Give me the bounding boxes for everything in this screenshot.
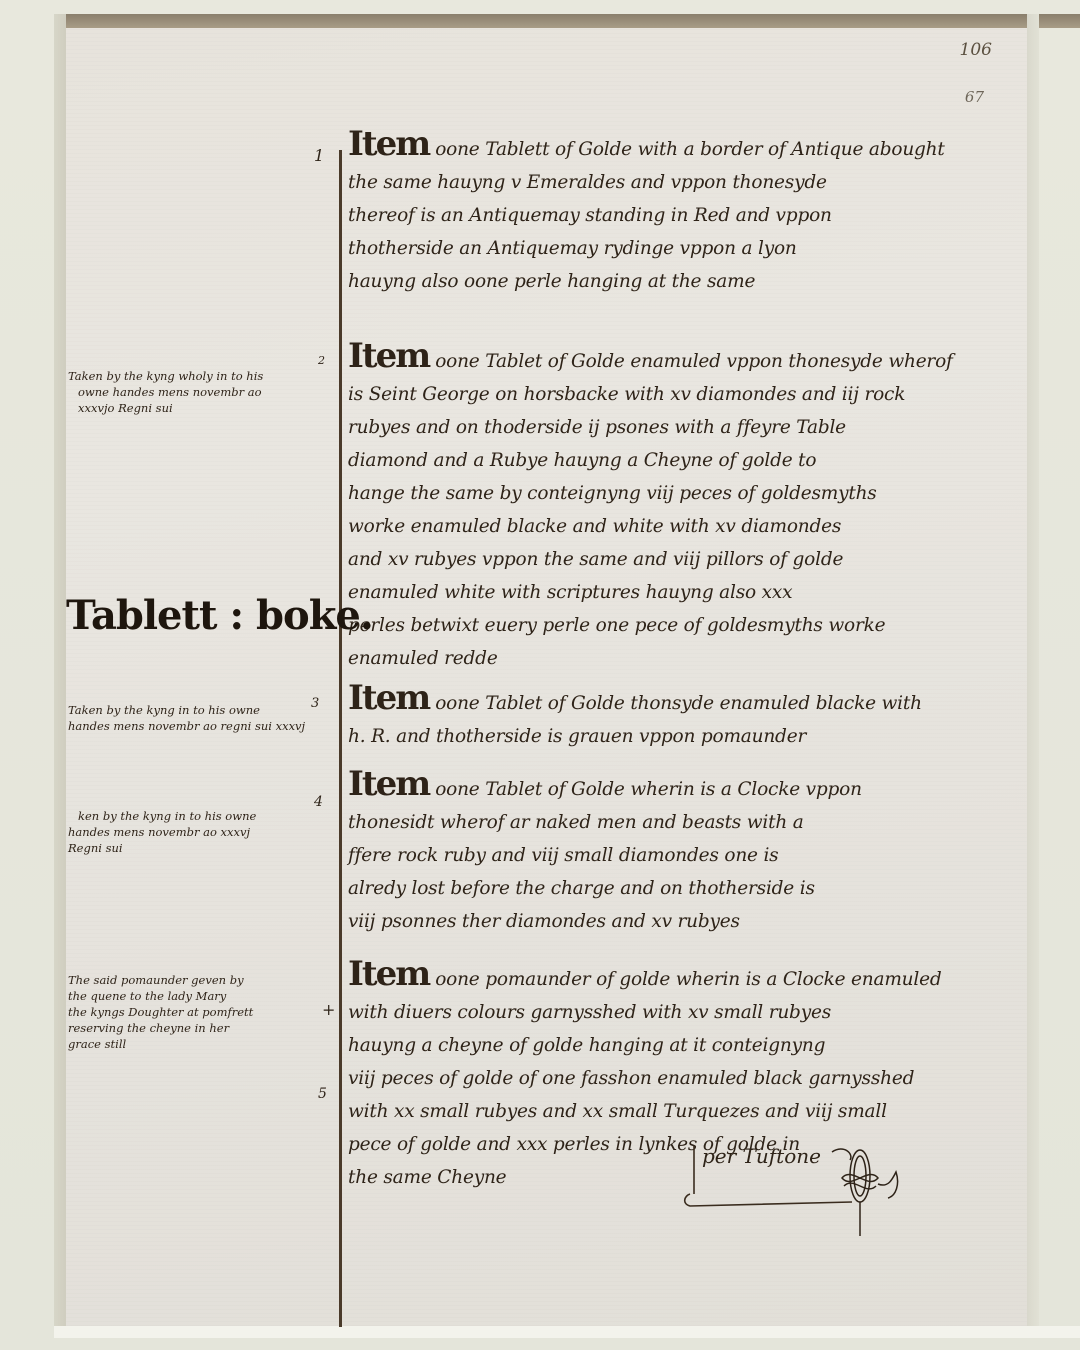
marginal-line: Regni sui (68, 840, 318, 856)
marginal-note-2: Taken by the kyng in to his owne handes … (68, 702, 318, 734)
entry-line: and xv rubyes vppon the same and viij pi… (348, 543, 938, 576)
entry-line: with xx small rubyes and xx small Turque… (348, 1095, 938, 1128)
section-heading: Tablett : boke. (66, 592, 373, 639)
entry-line: Itemoone pomaunder of golde wherin is a … (348, 958, 938, 996)
marginal-mark-4: 4 (314, 794, 323, 810)
signature-block: per Tuftone (682, 1136, 932, 1216)
line-number-mark: 1 (314, 146, 324, 165)
marginal-mark-plus: + (322, 1000, 335, 1019)
entry-line: hauyng a cheyne of golde hanging at it c… (348, 1029, 938, 1062)
entry-line: h. R. and thotherside is grauen vppon po… (348, 720, 938, 753)
item-initial: Item (348, 954, 429, 994)
entry-line: Itemoone Tablet of Golde thonsyde enamul… (348, 682, 938, 720)
entry-line: worke enamuled blacke and white with xv … (348, 510, 938, 543)
entry-line: rubyes and on thoderside ij psones with … (348, 411, 938, 444)
entry-line: Itemoone Tablet of Golde wherin is a Clo… (348, 768, 938, 806)
entry-line: viij psonnes ther diamondes and xv rubye… (348, 905, 938, 938)
inventory-entry-2: Itemoone Tablet of Golde enamuled vppon … (348, 340, 938, 675)
marginal-line: grace still (68, 1036, 318, 1052)
entry-line: hauyng also oone perle hanging at the sa… (348, 265, 938, 298)
entry-line: ffere rock ruby and viij small diamondes… (348, 839, 938, 872)
signature-text: per Tuftone (702, 1144, 821, 1168)
entry-line: is Seint George on horsbacke with xv dia… (348, 378, 938, 411)
marginal-note-1: Taken by the kyng wholy in to his owne h… (68, 368, 318, 416)
entry-line: thotherside an Antiquemay rydinge vppon … (348, 232, 938, 265)
entry-line: perles betwixt euery perle one pece of g… (348, 609, 938, 642)
marginal-line: handes mens novembr ao regni sui xxxvj (68, 718, 318, 734)
mat-bevel-bottom (54, 1326, 1080, 1338)
marginal-line: the quene to the lady Mary (68, 988, 318, 1004)
marginal-note-3: ken by the kyng in to his owne handes me… (68, 808, 318, 856)
marginal-line: xxxvjo Regni sui (68, 400, 318, 416)
marginal-note-4: The said pomaunder geven by the quene to… (68, 972, 318, 1052)
item-initial: Item (348, 764, 429, 804)
inventory-entry-4: Itemoone Tablet of Golde wherin is a Clo… (348, 768, 938, 938)
closing-mark: 5 (318, 1086, 327, 1102)
entry-line: the same hauyng v Emeraldes and vppon th… (348, 166, 938, 199)
inventory-entry-3: Itemoone Tablet of Golde thonsyde enamul… (348, 682, 938, 753)
entry-line: diamond and a Rubye hauyng a Cheyne of g… (348, 444, 938, 477)
marginal-mark-2: 2 (318, 354, 325, 367)
entry-line: Itemoone Tablet of Golde enamuled vppon … (348, 340, 938, 378)
folio-number-primary: 106 (960, 40, 992, 60)
item-initial: Item (348, 124, 429, 164)
marginal-mark-3: 3 (311, 696, 319, 711)
entry-line: Itemoone Tablett of Golde with a border … (348, 128, 938, 166)
entry-line: enamuled redde (348, 642, 938, 675)
entry-line: enamuled white with scriptures hauyng al… (348, 576, 938, 609)
inventory-entry-1: Itemoone Tablett of Golde with a border … (348, 128, 938, 298)
mat-bevel-top (56, 14, 1080, 28)
entry-line: viij peces of golde of one fasshon enamu… (348, 1062, 938, 1095)
entry-line: thereof is an Antiquemay standing in Red… (348, 199, 938, 232)
marginal-line: owne handes mens novembr ao (68, 384, 318, 400)
marginal-line: handes mens novembr ao xxxvj (68, 824, 318, 840)
marginal-line: Taken by the kyng in to his owne (68, 702, 318, 718)
mat-bevel-right (1027, 14, 1039, 1326)
marginal-line: ken by the kyng in to his owne (68, 808, 318, 824)
entry-line: hange the same by conteignyng viij peces… (348, 477, 938, 510)
folio-number-secondary: 67 (965, 88, 984, 106)
marginal-line: The said pomaunder geven by (68, 972, 318, 988)
entry-line: thonesidt wherof ar naked men and beasts… (348, 806, 938, 839)
marginal-line: the kyngs Doughter at pomfrett (68, 1004, 318, 1020)
item-initial: Item (348, 336, 429, 376)
mat-bevel-left (54, 14, 66, 1326)
entry-line: alredy lost before the charge and on tho… (348, 872, 938, 905)
marginal-line: reserving the cheyne in her (68, 1020, 318, 1036)
item-initial: Item (348, 678, 429, 718)
marginal-line: Taken by the kyng wholy in to his (68, 368, 318, 384)
margin-rule-line (339, 150, 342, 1327)
entry-line: with diuers colours garnysshed with xv s… (348, 996, 938, 1029)
